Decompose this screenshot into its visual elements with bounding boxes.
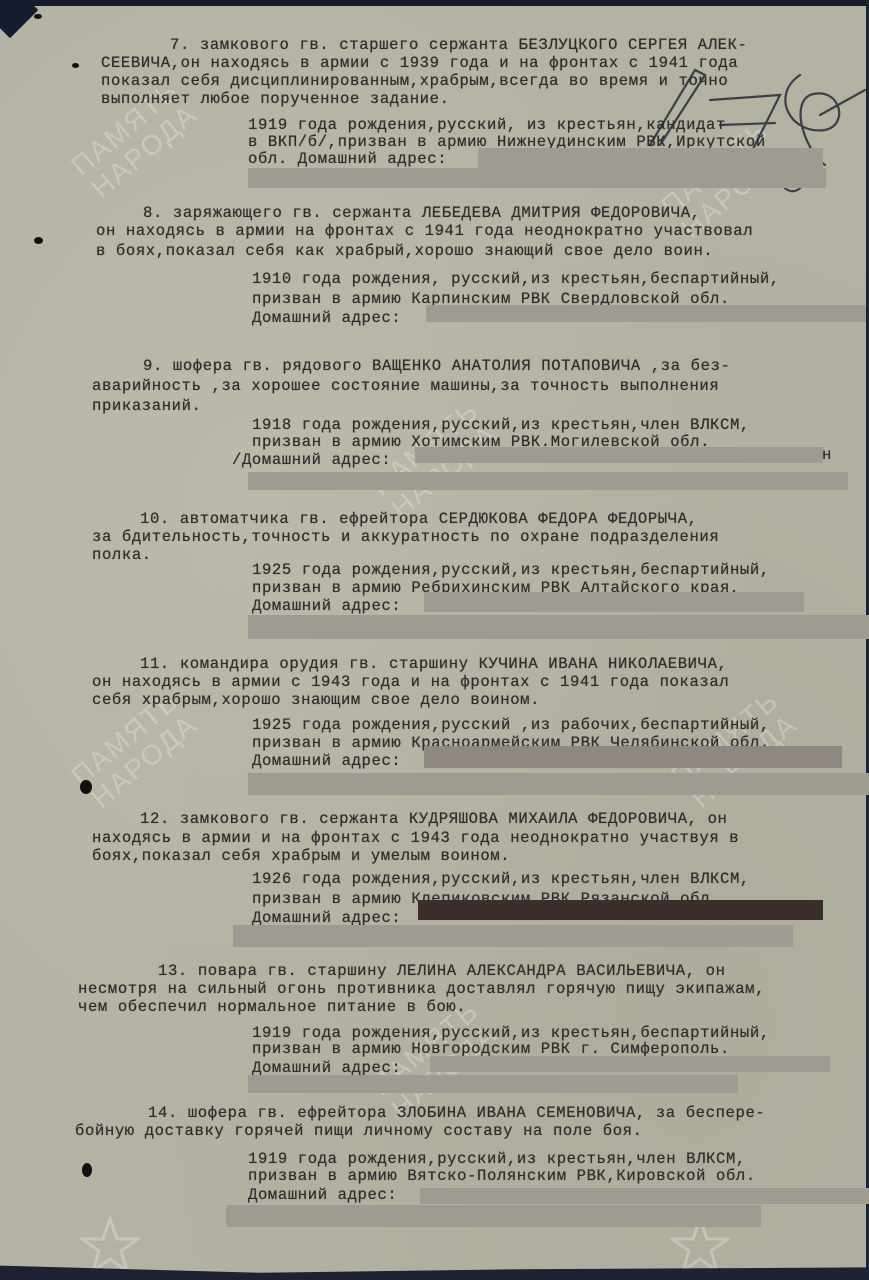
entry-text-line: он находясь в армии на фронтах с 1941 го… <box>96 222 753 240</box>
entry-text-line: в боях,показал себя как храбрый,хорошо з… <box>96 242 713 260</box>
page-edge-top <box>0 0 869 6</box>
punch-hole <box>82 1163 92 1177</box>
entry-text-line: СЕЕВИЧА,он находясь в армии с 1939 года … <box>101 54 738 72</box>
document-page: ПАМЯТЬНАРОДА ПАМЯТЬНАРОДА ПАМЯТЬНАРОДА П… <box>0 0 869 1280</box>
bio-line: Домашний адрес: <box>252 752 401 770</box>
bio-line: Домашний адрес: <box>252 597 401 615</box>
redacted-address <box>226 1205 761 1227</box>
bio-line: обл. Домашний адрес: <box>248 150 447 168</box>
entry-text-line: аварийность ,за хорошее состояние машины… <box>92 377 719 395</box>
entry-text-line: находясь в армии и на фронтах с 1943 год… <box>92 829 739 847</box>
redacted-address <box>424 746 842 768</box>
entry-text-line: 8. заряжающего гв. сержанта ЛЕБЕДЕВА ДМИ… <box>143 204 701 222</box>
redacted-address <box>424 592 804 612</box>
redacted-address <box>430 1056 830 1072</box>
redacted-address <box>415 447 823 463</box>
entry-text-line: чем обеспечил нормальное питание в бою. <box>78 998 466 1016</box>
bio-line: 1919 года рождения,русский,из крестьян,ч… <box>248 1150 746 1168</box>
entry-text-line: 11. командира орудия гв. старшину КУЧИНА… <box>140 655 728 673</box>
bio-line: /Домашний адрес: <box>232 451 391 469</box>
redacted-address <box>478 148 823 168</box>
bio-line: 1919 года рождения,русский, из крестьян,… <box>248 116 726 134</box>
entry-text-line: себя храбрым,хорошо знающим свое дело во… <box>92 691 540 709</box>
redacted-address <box>248 1075 738 1093</box>
entry-text-line: 12. замкового гв. сержанта КУДРЯШОВА МИХ… <box>140 810 728 828</box>
entry-text-line: боях,показал себя храбрым и умелым воино… <box>92 847 510 865</box>
bio-line: 1918 года рождения,русский,из крестьян,ч… <box>252 416 750 434</box>
bio-line: призван в армию Вятско-Полянским РВК,Кир… <box>248 1167 756 1185</box>
entry-text-line: 13. повара гв. старшину ЛЕЛИНА АЛЕКСАНДР… <box>158 962 726 980</box>
entry-text-line: он находясь в армии с 1943 года и на фро… <box>92 673 729 691</box>
page-edge-bottom <box>0 1262 869 1280</box>
margin-letter: н <box>822 446 832 464</box>
bio-line: Домашний адрес: <box>252 309 401 327</box>
redacted-address <box>420 1188 869 1204</box>
redacted-address <box>233 925 793 947</box>
redacted-address <box>248 773 869 795</box>
entry-text-line: 9. шофера гв. рядового ВАЩЕНКО АНАТОЛИЯ … <box>143 357 731 375</box>
entry-text-line: 14. шофера гв. ефрейтора ЗЛОБИНА ИВАНА С… <box>148 1104 765 1122</box>
redacted-address <box>248 472 848 490</box>
entry-text-line: 7. замкового гв. старшего сержанта БЕЗЛУ… <box>170 36 748 54</box>
entry-text-line: за бдительность,точность и аккуратность … <box>92 528 719 546</box>
entry-text-line: несмотря на сильный огонь противника дос… <box>78 980 765 998</box>
punch-hole <box>80 780 92 794</box>
entry-text-line: бойную доставку горячей пищи личному сос… <box>75 1122 643 1140</box>
entry-text-line: 10. автоматчика гв. ефрейтора СЕРДЮКОВА … <box>140 510 698 528</box>
bio-line: Домашний адрес: <box>248 1186 397 1204</box>
ink-spot <box>34 237 43 244</box>
star-watermark-icon <box>80 1215 140 1275</box>
bio-line: 1925 года рождения,русский,из крестьян,б… <box>252 561 770 579</box>
redacted-address <box>248 168 826 188</box>
bio-line: 1926 года рождения,русский,из крестьян,ч… <box>252 870 750 888</box>
entry-text-line: показал себя дисциплинированным,храбрым,… <box>101 72 728 90</box>
ink-spot <box>34 14 42 19</box>
bio-line: 1925 года рождения,русский ,из рабочих,б… <box>252 716 770 734</box>
redacted-address <box>248 615 869 639</box>
page-corner-shadow <box>0 0 38 38</box>
entry-text-line: полка. <box>92 546 152 564</box>
bio-line: 1910 года рождения, русский,из крестьян,… <box>252 270 780 288</box>
entry-text-line: приказаний. <box>92 397 202 415</box>
entry-text-line: выполняет любое порученное задание. <box>101 90 450 108</box>
ink-spot <box>72 63 79 68</box>
redacted-address <box>418 900 823 920</box>
redacted-address <box>426 305 866 322</box>
